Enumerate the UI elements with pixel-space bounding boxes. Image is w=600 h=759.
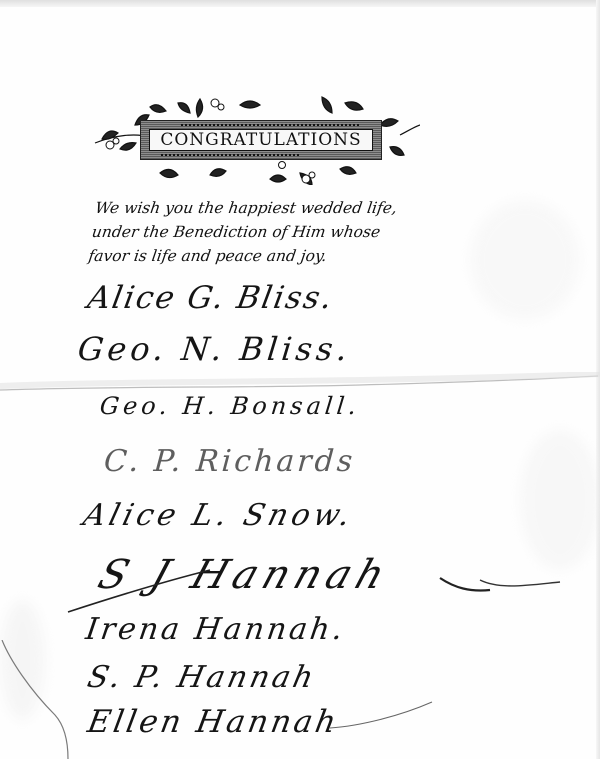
verse-line: favor is life and peace and joy.	[87, 244, 470, 268]
banner-title-box: CONGRATULATIONS	[149, 129, 373, 151]
torn-edge-line	[0, 640, 80, 759]
signature: C. P. Richards	[103, 444, 357, 479]
paper-fold-line	[0, 372, 600, 394]
banner-title: CONGRATULATIONS	[160, 130, 361, 150]
document-page: CONGRATULATIONS We wish you the happiest…	[0, 0, 600, 759]
signature: Ellen Hannah	[85, 704, 342, 740]
congratulations-banner: CONGRATULATIONS	[90, 95, 420, 185]
verse-text: We wish you the happiest wedded life, un…	[87, 196, 477, 268]
banner-plate: CONGRATULATIONS	[140, 120, 382, 160]
signature-flourish	[320, 696, 440, 736]
dotted-border	[161, 154, 301, 156]
verse-line: We wish you the happiest wedded life,	[94, 196, 477, 220]
dotted-border	[181, 124, 361, 126]
signature: Alice L. Snow.	[80, 498, 358, 533]
bleed-through-smudge	[470, 200, 580, 320]
signature: Alice G. Bliss.	[85, 280, 337, 316]
signature: Irena Hannah.	[84, 612, 348, 647]
signature: Geo. H. Bonsall.	[99, 392, 362, 420]
scan-edge-top	[0, 0, 600, 7]
signature: Geo. N. Bliss.	[76, 330, 353, 368]
verse-line: under the Benediction of Him whose	[90, 220, 473, 244]
signature-flourish	[60, 540, 580, 620]
signature: S. P. Hannah	[84, 660, 319, 695]
